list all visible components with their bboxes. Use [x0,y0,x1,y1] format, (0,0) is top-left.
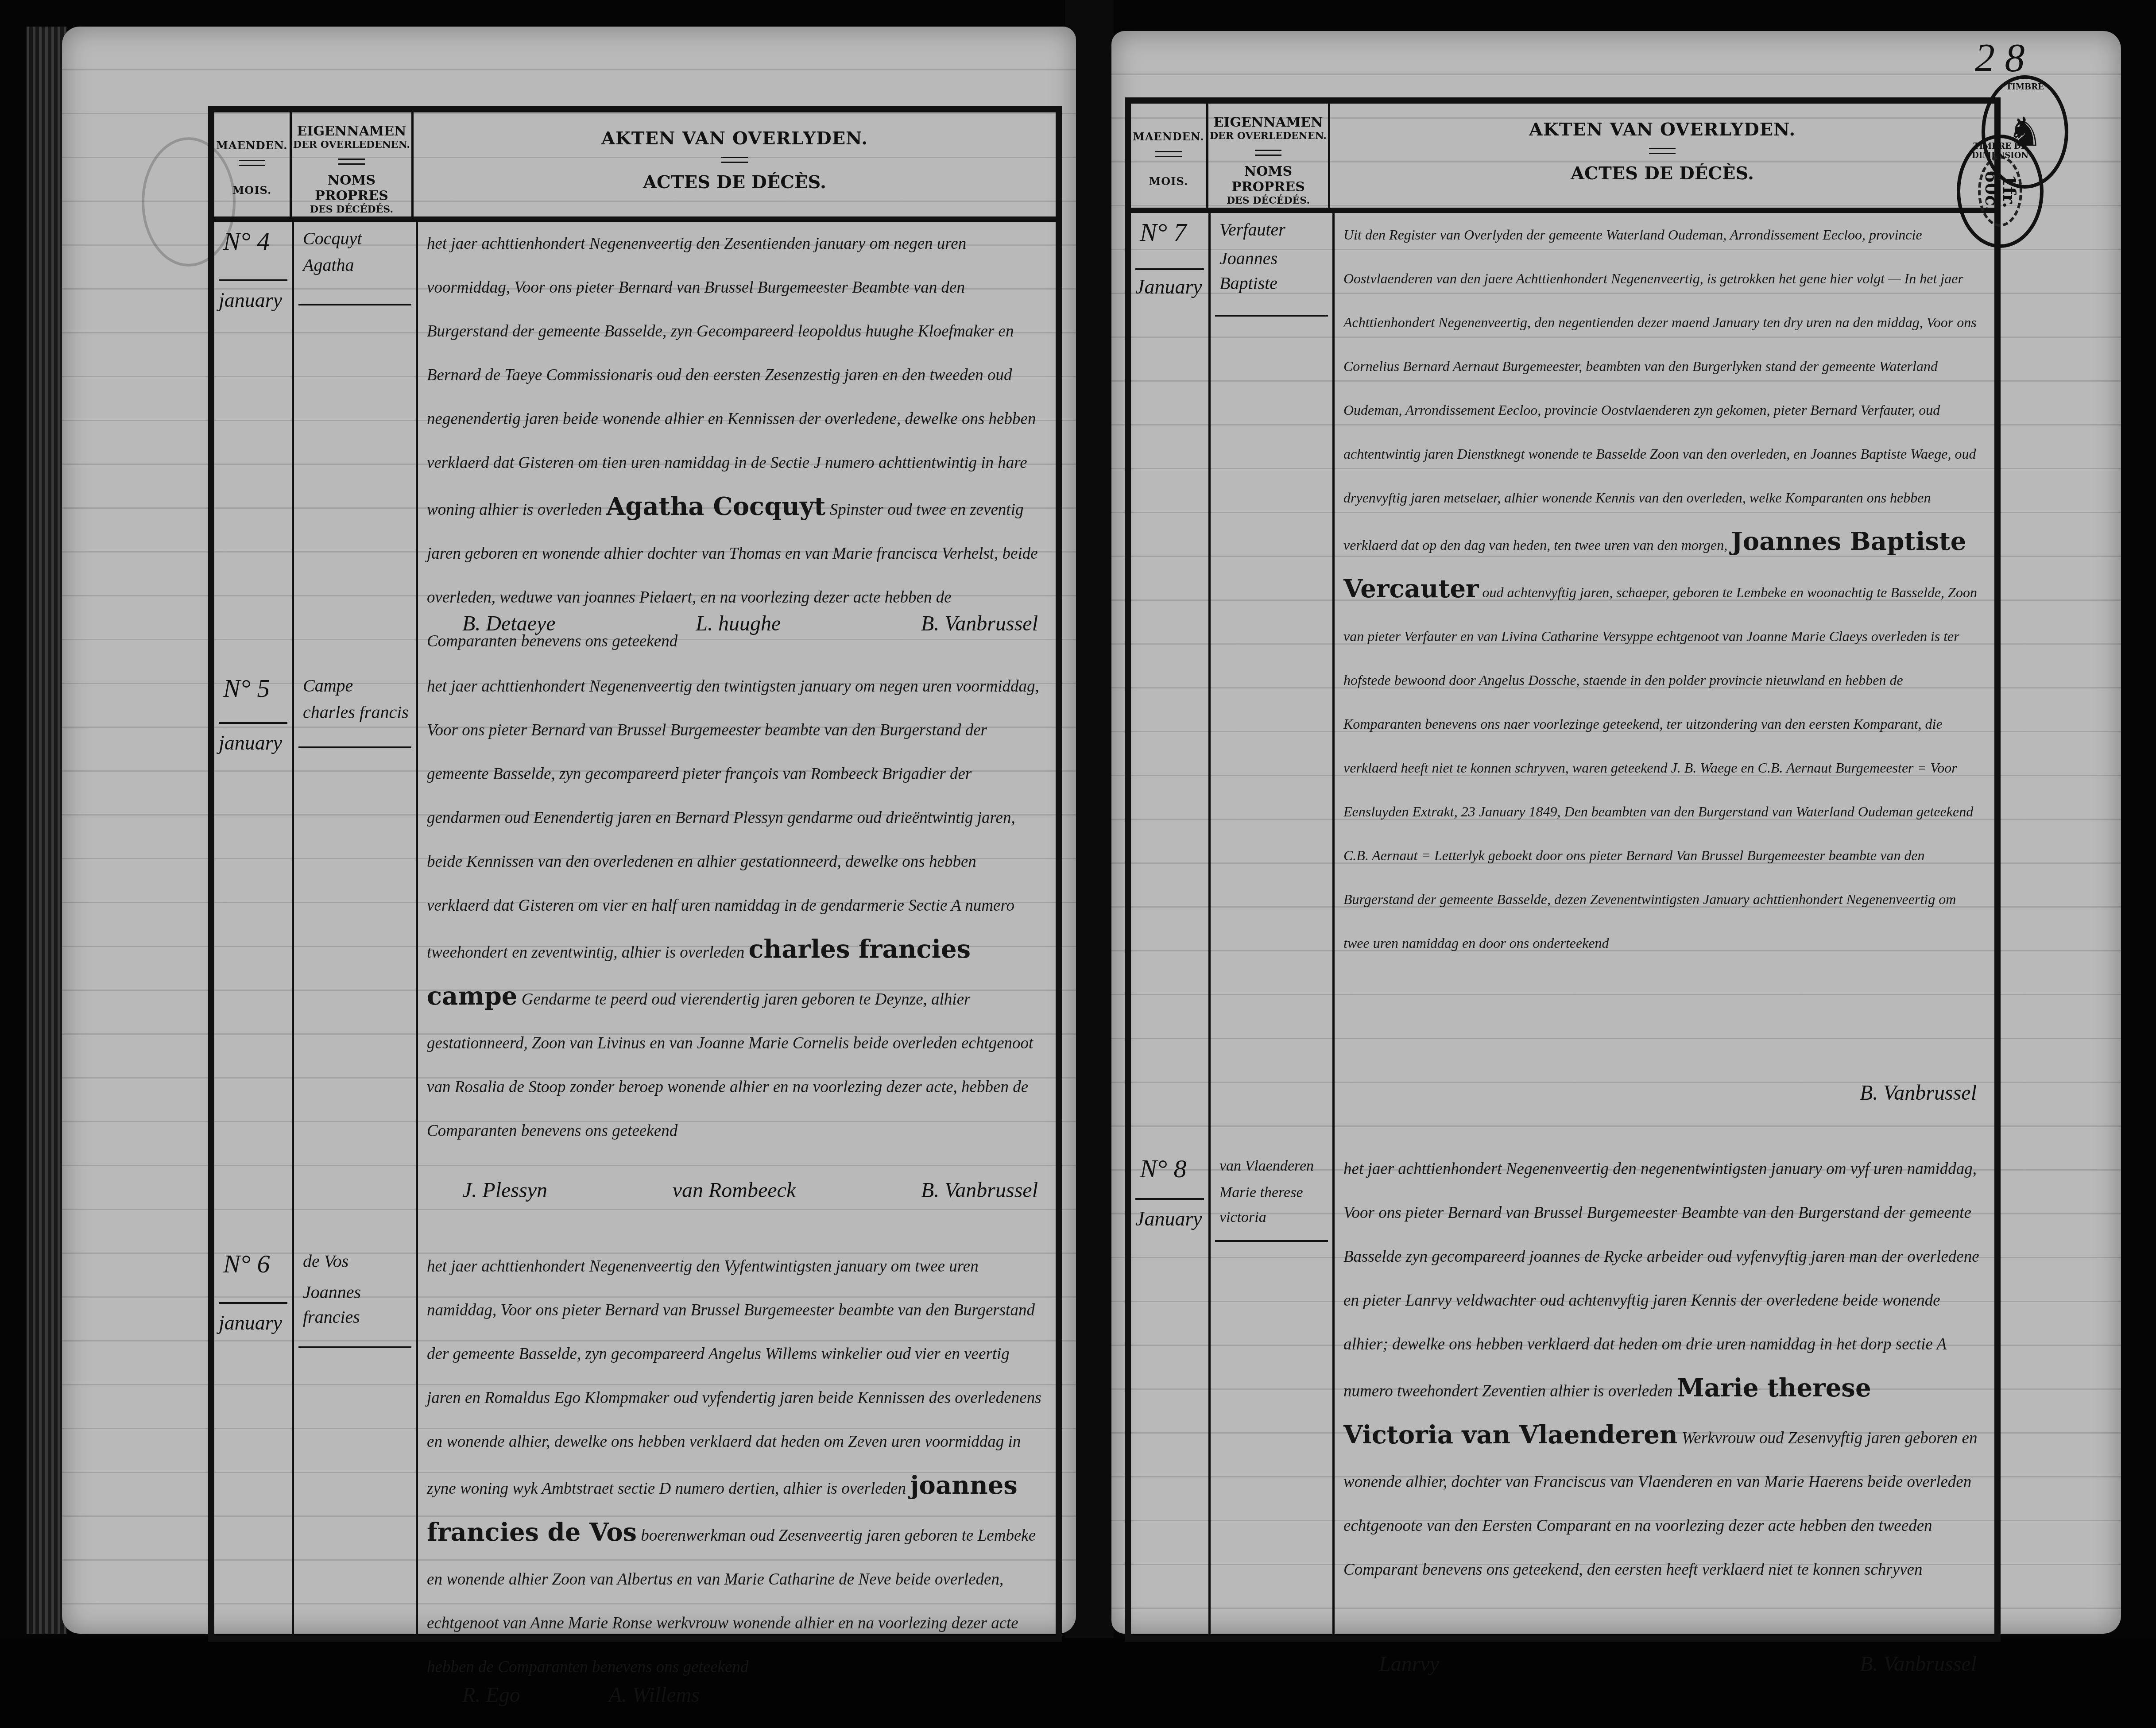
header-names-nl-1: EIGENNAMEN [1208,115,1328,130]
acts-column: het jaer achttienhondert Negenenveertig … [418,222,1056,1635]
deceased-surname: de Vos [303,1249,409,1274]
act-body: het jaer achttienhondert Negenenveertig … [427,677,1039,962]
entry-month: january [219,1311,282,1334]
entry-month: january [219,288,282,312]
header-month-column: MAENDEN. MOIS. [214,112,292,216]
header-rule [239,160,265,166]
entry-month: january [219,731,282,754]
death-act-text: het jaer achttienhondert Negenenveertig … [427,1245,1042,1689]
separator [1215,315,1328,317]
separator [298,1346,411,1348]
header-names-nl-1: EIGENNAMEN [292,124,411,139]
deceased-full-name: Agatha Cocquyt [606,492,826,521]
death-act-text: het jaer achttienhondert Negenenveertig … [427,665,1042,1153]
act-body-continued: oud achtenvyftig jaren, schaeper, gebore… [1343,584,1977,951]
separator [298,746,411,748]
register-body: N° 4 january N° 5 january N° 6 january C… [214,222,1056,1635]
deceased-given-names: Joannes Baptiste [1219,246,1308,296]
entry-number: N° 4 [223,226,270,256]
signatures-row: Lanrvy B. Vanbrussel [1379,1652,1977,1676]
signature: Lanrvy [1379,1652,1439,1676]
act-body: het jaer achttienhondert Negenenveertig … [427,1257,1041,1498]
header-month-fr: MOIS. [1131,175,1206,188]
act-body-continued: Werkvrouw oud Zesenvyftig jaren geboren … [1343,1429,1977,1579]
header-rule [721,157,748,163]
signature: L. huughe [696,611,781,636]
seal-stamp-label: TIMBRE [2006,82,2044,92]
header-month-column: MAENDEN. MOIS. [1131,104,1208,208]
header-names-fr-2: DES DÉCÉDÉS. [1208,195,1328,206]
folio-number: 2 8 [1975,35,2025,81]
signature: B. Detaeye [462,611,556,636]
signature: J. Plessyn [462,1178,547,1202]
right-page: 2 8 MAENDEN. MOIS. EIGENNAMEN DER OVERLE… [1111,31,2121,1634]
entry-month: January [1135,1207,1202,1230]
signatures-row: B. Vanbrussel [1379,1081,1977,1105]
deceased-given-names: charles francis [303,700,409,725]
death-act-text: Uit den Register van Overlyden der gemee… [1343,213,1981,965]
death-register-table-left: MAENDEN. MOIS. EIGENNAMEN DER OVERLEDENE… [208,106,1062,1642]
lion-seal-stamp-icon: TIMBRE ♞ [1982,75,2068,189]
header-acts-column: AKTEN VAN OVERLYDEN. ACTES DE DÉCÈS. [414,112,1056,216]
signature: B. Vanbrussel [1860,1652,1977,1676]
deceased-surname: van Vlaenderen [1219,1154,1326,1179]
act-body-continued: boerenwerkman oud Zesenveertig jaren geb… [427,1527,1036,1676]
header-rule [1155,151,1182,157]
register-header: MAENDEN. MOIS. EIGENNAMEN DER OVERLEDENE… [1131,104,1994,213]
book-page-edges [27,27,66,1634]
month-column: N° 4 january N° 5 january N° 6 january [214,222,294,1635]
register-body: N° 7 January N° 8 January Verfauter Joan… [1131,213,1994,1635]
deceased-given-names: Joannes francies [303,1280,391,1330]
entry-number: N° 7 [1140,217,1186,247]
separator [219,279,287,281]
separator [219,1302,287,1304]
header-names-fr-1: NOMS PROPRES [1208,164,1328,195]
header-acts-nl: AKTEN VAN OVERLYDEN. [1330,119,1994,140]
signature: van Rombeeck [673,1178,796,1202]
header-month-nl: MAENDEN. [214,139,290,152]
header-names-fr-2: DES DÉCÉDÉS. [292,204,411,215]
header-rule [1255,150,1281,156]
header-names-nl-2: DER OVERLEDENEN. [292,139,411,151]
deceased-given-names: Marie therese victoria [1219,1180,1321,1230]
header-month-fr: MOIS. [214,184,290,197]
header-acts-fr: ACTES DE DÉCÈS. [414,172,1056,193]
signature: R. Ego [462,1683,520,1707]
signature: A. Willems [609,1683,700,1707]
signatures-row: R. Ego A. Willems [462,1683,1038,1707]
signature: B. Vanbrussel [921,1178,1038,1202]
header-names-fr-1: NOMS PROPRES [292,173,411,204]
entry-number: N° 8 [1140,1154,1186,1183]
month-column: N° 7 January N° 8 January [1131,213,1211,1635]
signature: B. Vanbrussel [921,611,1038,636]
header-acts-column: AKTEN VAN OVERLYDEN. ACTES DE DÉCÈS. TIM… [1330,104,1994,208]
header-acts-fr: ACTES DE DÉCÈS. [1330,163,1994,184]
names-column: Verfauter Joannes Baptiste van Vlaendere… [1211,213,1335,1635]
header-names-column: EIGENNAMEN DER OVERLEDENEN. NOMS PROPRES… [292,112,414,216]
signature: B. Vanbrussel [1860,1081,1977,1105]
header-rule [1649,148,1676,154]
signatures-row: B. Detaeye L. huughe B. Vanbrussel [462,611,1038,636]
header-rule [338,158,365,165]
death-act-text: het jaer achttienhondert Negenenveertig … [427,222,1042,663]
header-names-nl-2: DER OVERLEDENEN. [1208,130,1328,142]
act-body-continued: Gendarme te peerd oud vierendertig jaren… [427,990,1033,1140]
act-body: het jaer achttienhondert Negenenveertig … [427,235,1036,519]
header-acts-nl: AKTEN VAN OVERLYDEN. [414,128,1056,149]
names-column: Cocquyt Agatha Campe charles francis de … [294,222,418,1635]
separator [1215,1240,1328,1242]
header-month-nl: MAENDEN. [1131,130,1206,143]
lion-icon: ♞ [2007,109,2043,155]
death-act-text: het jaer achttienhondert Negenenveertig … [1343,1147,1981,1592]
deceased-surname: Cocquyt [303,226,409,251]
entry-month: January [1135,275,1202,298]
separator [1135,1198,1204,1200]
act-body: Uit den Register van Overlyden der gemee… [1343,227,1977,553]
separator [219,722,287,724]
deceased-surname: Verfauter [1219,217,1326,242]
deceased-given-names: Agatha [303,253,409,278]
separator [298,304,411,305]
entry-number: N° 5 [223,673,270,703]
left-page: MAENDEN. MOIS. EIGENNAMEN DER OVERLEDENE… [62,27,1076,1634]
acts-column: Uit den Register van Overlyden der gemee… [1335,213,1994,1635]
deceased-surname: Campe [303,673,409,698]
entry-number: N° 6 [223,1249,270,1279]
signatures-row: J. Plessyn van Rombeeck B. Vanbrussel [462,1178,1038,1202]
register-header: MAENDEN. MOIS. EIGENNAMEN DER OVERLEDENE… [214,112,1056,222]
death-register-table-right: MAENDEN. MOIS. EIGENNAMEN DER OVERLEDENE… [1125,97,2001,1642]
header-names-column: EIGENNAMEN DER OVERLEDENEN. NOMS PROPRES… [1208,104,1330,208]
separator [1135,268,1204,270]
act-body: het jaer achttienhondert Negenenveertig … [1343,1160,1979,1400]
